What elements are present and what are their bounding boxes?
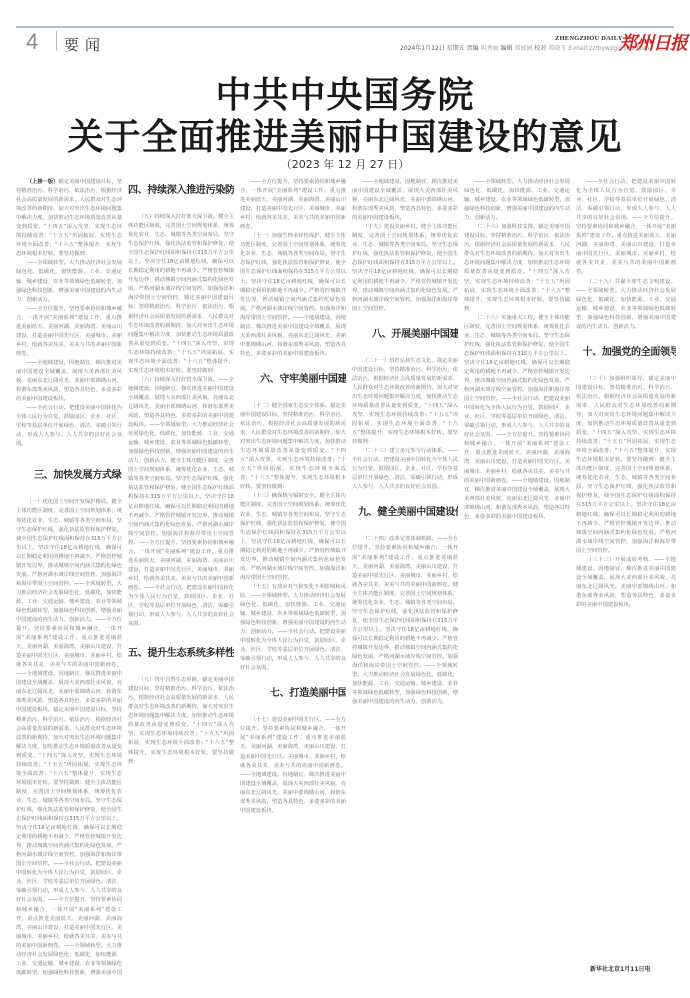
- masthead-divider: [56, 31, 57, 51]
- paragraph: （上接一版）锚定美丽中国建设目标，坚持精准治污、科学治污、依法治污，根据经济社会…: [16, 178, 122, 259]
- issue-date: 2024年1月12日: [400, 45, 445, 52]
- paragraph: ——全社会行动。把建设美丽中国转化为全体人民行为自觉，鼓励园区、企业、社区、学校…: [16, 404, 122, 449]
- paragraph: （二十一）培育弘扬生态文化。锚定美丽中国建设目标，坚持精准治污、科学治污、依法治…: [352, 357, 458, 447]
- paragraph: （一）优化国土空间开发保护格局。健全主体功能区制度，完善国土空间规划体系，统筹优…: [16, 498, 122, 978]
- editor-name: 叫秀丽: [481, 45, 499, 52]
- continued-from-label: （上接一版）: [27, 179, 59, 185]
- paragraph: （十一）加强生物多样性保护。健全主体功能区制度，完善国土空间规划体系，统筹优化农…: [240, 232, 346, 359]
- paragraph: ——全地域建设。因地制宜、梯次推进美丽中国建设全域覆盖，展现大美西部壮美风貌、亮…: [352, 178, 458, 223]
- section-heading-3: 三、加快发展方式绿色转型: [16, 469, 122, 482]
- brand-english-logo: ZHENGZHOU DAILY: [555, 35, 623, 42]
- paragraph: （二十九）共谋全球生态文明建设。——全领域转型。大力推动经济社会发展绿色化、低碳…: [576, 278, 676, 332]
- article-column-4: ——全地域建设。因地制宜、梯次推进美丽中国建设全域覆盖，展现大美西部壮美风貌、亮…: [352, 178, 458, 978]
- paragraph: （十五）有效应对气候变化不利影响和风险。——全领域转型。大力推动经济社会发展绿色…: [240, 583, 346, 673]
- article-column-5: ——全领域转型。大力推动经济社会发展绿色化、低碳化，加快能源、工业、交通运输、城…: [464, 178, 570, 978]
- section-heading-5: 五、提升生态系统多样性稳定性持续性: [128, 647, 234, 660]
- section-name: 要闻: [64, 34, 106, 55]
- layout-name: 郑园园: [514, 45, 532, 52]
- paragraph: （三十）加强组织领导。锚定美丽中国建设目标，坚持精准治污、科学治污、依法治污，根…: [576, 375, 676, 556]
- article-headline: 中共中央国务院 关于全面推进美丽中国建设的意见: [0, 76, 690, 160]
- section-heading-9: 九、健全美丽中国建设保障体系: [358, 506, 458, 519]
- editor-label: 责编: [467, 45, 479, 52]
- paragraph: （十三）确保核与辐射安全。健全主体功能区制度，完善国土空间规划体系，统筹优化农业…: [240, 492, 346, 582]
- paragraph: （五）持续深入打好蓝天保卫战。健全主体功能区制度，完善国土空间规划体系，统筹优化…: [128, 213, 234, 376]
- article-column-1: （上接一版）锚定美丽中国建设目标，坚持精准治污、科学治污、依法治污，根据经济社会…: [16, 178, 122, 978]
- proof-name: 郑晓玉: [548, 45, 566, 52]
- paragraph: （三十三）开展成效考核。——全地域建设。因地制宜、梯次推进美丽中国建设全域覆盖，…: [576, 556, 676, 610]
- issue-meta: 2024年1月12日 星期五 责编 叫秀丽 编辑 郑园园 校对 郑晓玉 E-ma…: [400, 43, 649, 52]
- paragraph: （十七）建设美丽中国先行区。——全方位提升。坚持要素协同和城乡融合，一体开展“美…: [240, 716, 346, 816]
- paragraph: （二十六）加强科技支撑。锚定美丽中国建设目标，坚持精准治污、科学治污、依法治污，…: [464, 223, 570, 313]
- page-number: 4: [26, 32, 38, 52]
- headline-line-2: 关于全面推进美丽中国建设的意见: [0, 116, 690, 160]
- article-signoff: 新华社北京1月11日电: [590, 964, 651, 973]
- paragraph: ——全社会行动。把建设美丽中国转化为全体人民行为自觉，鼓励园区、企业、社区、学校…: [576, 178, 676, 278]
- paragraph: （二十三）建立多元参与行动体系。——全社会行动。把建设美丽中国转化为全体人民行为…: [352, 447, 458, 492]
- proof-label: 校对: [534, 45, 546, 52]
- paragraph: （二十四）改革完善体制机制。——全方位提升。坚持要素协同和城乡融合，一体开展“美…: [352, 535, 458, 707]
- paragraph: （十九）建设美丽乡村。健全主体功能区制度，完善国土空间规划体系，统筹优化农业、生…: [352, 223, 458, 313]
- paragraph: ——全领域转型。大力推动经济社会发展绿色化、低碳化，加快能源、工业、交通运输、城…: [16, 259, 122, 304]
- section-heading-4: 四、持续深入推进污染防治攻坚: [128, 184, 234, 197]
- article-column-3: ——全方位提升。坚持要素协同和城乡融合，一体开展“美丽系列”建设工作，重点推进美…: [240, 178, 346, 978]
- section-heading-8: 八、开展美丽中国建设全民行动: [372, 328, 458, 341]
- paragraph: （二十八）实施重大工程。健全主体功能区制度，完善国土空间规划体系，统筹优化农业、…: [464, 314, 570, 522]
- paragraph: （九）筑牢自然生态屏障。锚定美丽中国建设目标，坚持精准治污、科学治污、依法治污，…: [128, 676, 234, 766]
- paragraph: （十二）健全国家生态安全体系。锚定美丽中国建设目标，坚持精准治污、科学治污、依法…: [240, 402, 346, 492]
- masthead-rule: [16, 26, 674, 28]
- paragraph: （六）持续深入打好碧水保卫战。——全地域建设。因地制宜、梯次推进美丽中国建设全域…: [128, 376, 234, 629]
- article-column-2: 四、持续深入推进污染防治攻坚 （五）持续深入打好蓝天保卫战。健全主体功能区制度，…: [128, 178, 234, 978]
- paragraph: ——全方位提升。坚持要素协同和城乡融合，一体开展“美丽系列”建设工作，重点推进美…: [240, 178, 346, 232]
- article-dateline: （2023 年 12 月 27 日）: [0, 156, 690, 172]
- layout-label: 编辑: [500, 45, 512, 52]
- section-heading-6: 六、守牢美丽中国建设安全底线: [260, 373, 346, 386]
- section-heading-7: 七、打造美丽中国建设示范样板: [270, 687, 346, 700]
- brand-chinese-logo: 郑州日报: [619, 29, 687, 55]
- paragraph: ——全地域建设。因地制宜、梯次推进美丽中国建设全域覆盖，展现大美西部壮美风貌、亮…: [16, 359, 122, 404]
- headline-line-1: 中共中央国务院: [0, 76, 690, 116]
- section-heading-10: 十、加强党的全面领导: [576, 346, 676, 359]
- paragraph: ——全方位提升。坚持要素协同和城乡融合，一体开展“美丽系列”建设工作，重点推进美…: [16, 305, 122, 359]
- paragraph: ——全领域转型。大力推动经济社会发展绿色化、低碳化，加快能源、工业、交通运输、城…: [464, 178, 570, 223]
- article-column-6: ——全社会行动。把建设美丽中国转化为全体人民行为自觉，鼓励园区、企业、社区、学校…: [576, 178, 676, 978]
- issue-weekday: 星期五: [447, 45, 465, 52]
